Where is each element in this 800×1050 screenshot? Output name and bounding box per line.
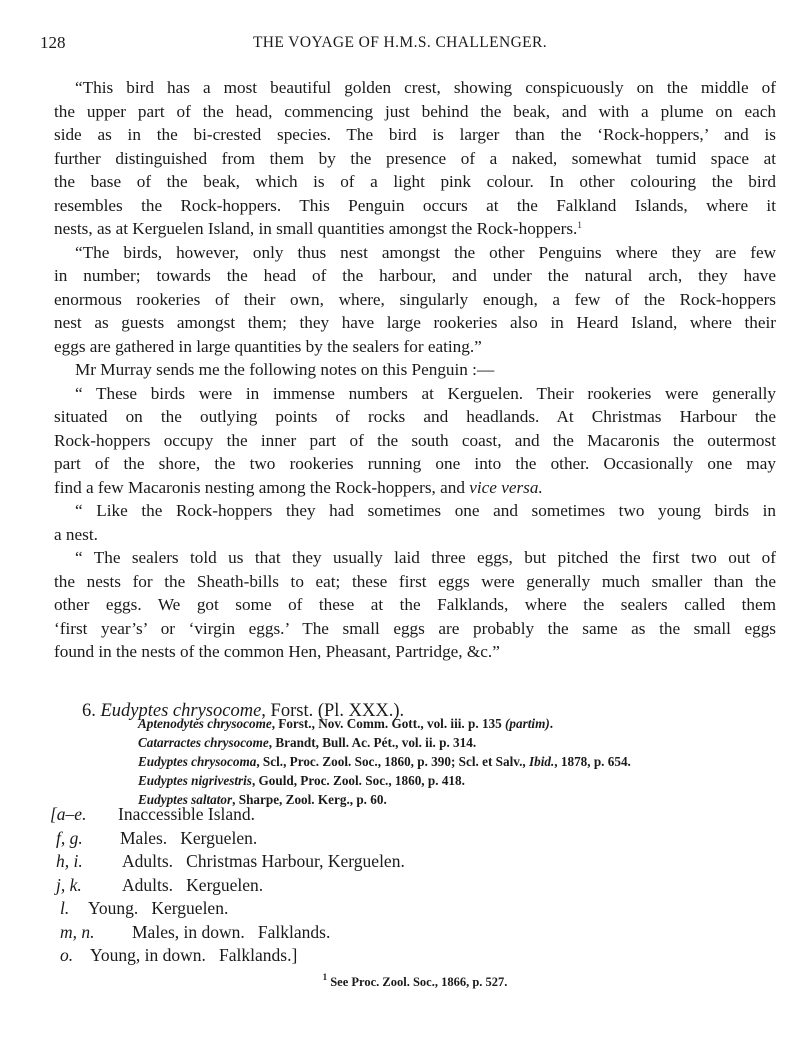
specimen-letters: m, n. — [60, 921, 132, 945]
text-line: found in the nests of the common Hen, Ph… — [54, 640, 776, 664]
synonym-name: Eudyptes chrysocoma — [138, 754, 256, 769]
text-line: nest as guests amongst them; they have l… — [54, 311, 776, 335]
text-line: “ Like the Rock-hoppers they had sometim… — [54, 499, 776, 523]
line-text: the base of the beak, which is of a ligh… — [54, 172, 776, 191]
text-line: “ These birds were in immense numbers at… — [54, 382, 776, 406]
text-line: side as in the bi-crested species. The b… — [54, 123, 776, 147]
line-text: Rock-hoppers occupy the inner part of th… — [54, 431, 776, 450]
text-line: nests, as at Kerguelen Island, in small … — [54, 217, 776, 241]
specimen-description: Inaccessible Island. — [118, 804, 255, 824]
text-line: find a few Macaronis nesting among the R… — [54, 476, 776, 500]
synonym-reference: , Gould, Proc. Zool. Soc., 1860, p. 418. — [252, 773, 465, 788]
synonym-reference: , Brandt, Bull. Ac. Pét., vol. ii. p. 31… — [269, 735, 476, 750]
synonym-note: Ibid. — [529, 754, 554, 769]
line-text: the upper part of the head, commencing j… — [54, 102, 776, 121]
document-page: 128 THE VOYAGE OF H.M.S. CHALLENGER. “Th… — [0, 0, 800, 1050]
synonym-entry: Catarractes chrysocome, Brandt, Bull. Ac… — [138, 733, 778, 752]
specimen-letters: f, g. — [56, 827, 120, 851]
synonym-note: (partim) — [505, 716, 550, 731]
specimen-entry: l.Young. Kerguelen. — [50, 897, 405, 921]
specimen-entry: m, n.Males, in down. Falklands. — [50, 921, 405, 945]
footnote-text: See Proc. Zool. Soc., 1866, p. 527. — [327, 975, 507, 989]
line-text: further distinguished from them by the p… — [54, 149, 776, 168]
synonym-name: Eudyptes nigrivestris — [138, 773, 252, 788]
specimen-description: Young. Kerguelen. — [88, 898, 228, 918]
line-text: part of the shore, the two rookeries run… — [54, 454, 776, 473]
text-line: Rock-hoppers occupy the inner part of th… — [54, 429, 776, 453]
line-text: eggs are gathered in large quantities by… — [54, 337, 482, 356]
line-text: Mr Murray sends me the following notes o… — [75, 360, 494, 379]
text-line: situated on the outlying points of rocks… — [54, 405, 776, 429]
text-line: in number; towards the head of the harbo… — [54, 264, 776, 288]
text-line: Mr Murray sends me the following notes o… — [54, 358, 776, 382]
line-text: “ The sealers told us that they usually … — [75, 548, 776, 567]
running-title: THE VOYAGE OF H.M.S. CHALLENGER. — [40, 34, 760, 52]
specimen-letters: [a–e. — [50, 803, 118, 827]
line-text: situated on the outlying points of rocks… — [54, 407, 776, 426]
specimen-letters: j, k. — [56, 874, 122, 898]
specimen-entry: h, i.Adults. Christmas Harbour, Kerguele… — [50, 850, 405, 874]
synonym-name: Aptenodytes chrysocome — [138, 716, 272, 731]
line-text: ‘first year’s’ or ‘virgin eggs.’ The sma… — [54, 619, 776, 638]
text-line: the nests for the Sheath-bills to eat; t… — [54, 570, 776, 594]
line-text: “ These birds were in immense numbers at… — [75, 384, 776, 403]
line-text: side as in the bi-crested species. The b… — [54, 125, 776, 144]
specimen-description: Males, in down. Falklands. — [132, 922, 330, 942]
text-line: enormous rookeries of their own, where, … — [54, 288, 776, 312]
synonym-reference: , Scl., Proc. Zool. Soc., 1860, p. 390; … — [256, 754, 529, 769]
line-text: a nest. — [54, 525, 98, 544]
text-line: “ The sealers told us that they usually … — [54, 546, 776, 570]
specimen-entry: j, k.Adults. Kerguelen. — [50, 874, 405, 898]
species-number: 6. — [82, 701, 96, 721]
line-text: “The birds, however, only thus nest amon… — [75, 243, 776, 262]
footnote: 1 See Proc. Zool. Soc., 1866, p. 527. — [0, 975, 800, 990]
body-text: “This bird has a most beautiful golden c… — [54, 76, 776, 664]
line-text: “This bird has a most beautiful golden c… — [75, 78, 776, 97]
text-line: ‘first year’s’ or ‘virgin eggs.’ The sma… — [54, 617, 776, 641]
synonym-entry: Eudyptes chrysocoma, Scl., Proc. Zool. S… — [138, 752, 778, 771]
line-text: the nests for the Sheath-bills to eat; t… — [54, 572, 776, 591]
synonym-end: , 1878, p. 654. — [554, 754, 631, 769]
line-text: in number; towards the head of the harbo… — [54, 266, 776, 285]
text-line: resembles the Rock-hoppers. This Penguin… — [54, 194, 776, 218]
specimen-entry: [a–e.Inaccessible Island. — [50, 803, 405, 827]
line-text: found in the nests of the common Hen, Ph… — [54, 642, 500, 661]
page-header: 128 THE VOYAGE OF H.M.S. CHALLENGER. — [40, 33, 760, 57]
synonym-end: . — [550, 716, 553, 731]
synonym-entry: Eudyptes nigrivestris, Gould, Proc. Zool… — [138, 771, 778, 790]
text-line: the upper part of the head, commencing j… — [54, 100, 776, 124]
line-text: enormous rookeries of their own, where, … — [54, 290, 776, 309]
footnote-reference: 1 — [577, 220, 582, 230]
specimen-entry: o.Young, in down. Falklands.] — [50, 944, 405, 968]
specimen-description: Adults. Christmas Harbour, Kerguelen. — [122, 851, 405, 871]
specimen-letters: l. — [60, 897, 88, 921]
text-line: “This bird has a most beautiful golden c… — [54, 76, 776, 100]
text-line: a nest. — [54, 523, 776, 547]
text-line: further distinguished from them by the p… — [54, 147, 776, 171]
line-text: nests, as at Kerguelen Island, in small … — [54, 219, 577, 238]
line-text: nest as guests amongst them; they have l… — [54, 313, 776, 332]
specimen-entry: f, g.Males. Kerguelen. — [50, 827, 405, 851]
text-line: eggs are gathered in large quantities by… — [54, 335, 776, 359]
line-text: other eggs. We got some of these at the … — [54, 595, 776, 614]
text-line: other eggs. We got some of these at the … — [54, 593, 776, 617]
line-text: find a few Macaronis nesting among the R… — [54, 478, 469, 497]
text-line: “The birds, however, only thus nest amon… — [54, 241, 776, 265]
italic-text: vice versa. — [469, 478, 542, 497]
specimen-letters: h, i. — [56, 850, 122, 874]
text-line: the base of the beak, which is of a ligh… — [54, 170, 776, 194]
line-text: “ Like the Rock-hoppers they had sometim… — [75, 501, 776, 520]
specimen-description: Young, in down. Falklands.] — [90, 945, 297, 965]
synonym-reference: , Forst., Nov. Comm. Gott., vol. iii. p.… — [272, 716, 505, 731]
specimen-description: Adults. Kerguelen. — [122, 875, 263, 895]
synonymy-list: Aptenodytes chrysocome, Forst., Nov. Com… — [138, 714, 778, 809]
synonym-name: Catarractes chrysocome — [138, 735, 269, 750]
synonym-entry: Aptenodytes chrysocome, Forst., Nov. Com… — [138, 714, 778, 733]
text-line: part of the shore, the two rookeries run… — [54, 452, 776, 476]
specimen-list: [a–e.Inaccessible Island.f, g.Males. Ker… — [50, 803, 405, 968]
line-text: resembles the Rock-hoppers. This Penguin… — [54, 196, 776, 215]
specimen-letters: o. — [60, 944, 90, 968]
specimen-description: Males. Kerguelen. — [120, 828, 257, 848]
